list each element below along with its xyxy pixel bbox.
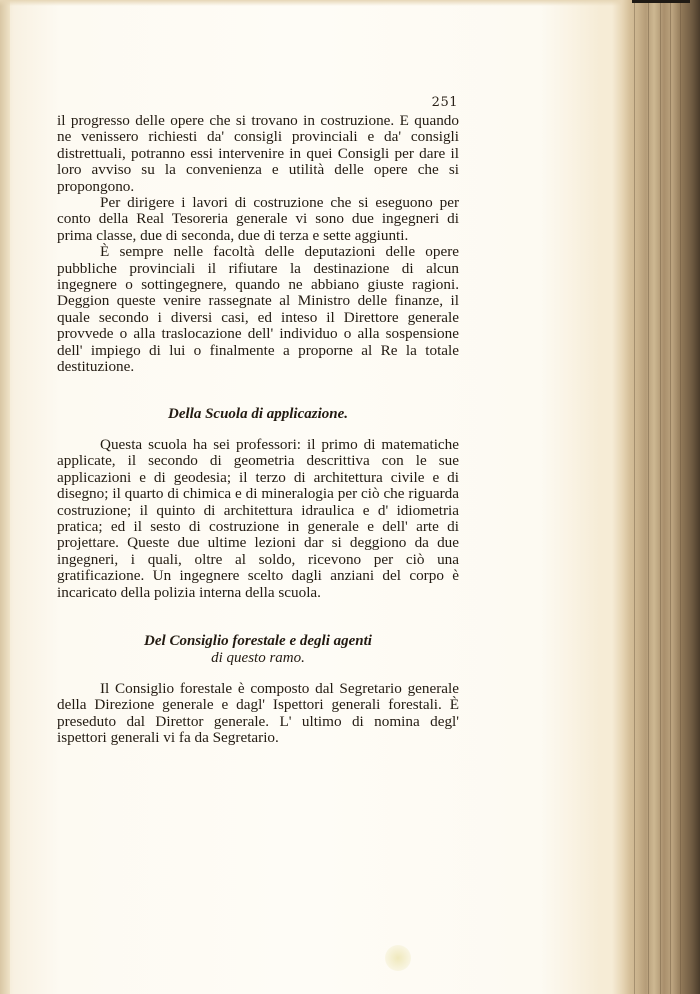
paragraph-engineers-treasury: Per dirigere i lavori di costruzione che… bbox=[57, 195, 459, 244]
paragraph-deputations: È sempre nelle facoltà delle deputazioni… bbox=[57, 244, 459, 375]
body-text-consiglio: Il Consiglio forestale è composto dal Se… bbox=[57, 681, 459, 747]
body-text-scuola: Questa scuola ha sei professori: il prim… bbox=[57, 437, 459, 601]
paper-stain bbox=[385, 945, 411, 971]
scan-border-mark bbox=[632, 0, 690, 3]
page-number: 251 bbox=[425, 95, 458, 110]
section-heading-consiglio-forestale: Del Consiglio forestale e degli agenti d… bbox=[57, 633, 459, 667]
paragraph-scuola: Questa scuola ha sei professori: il prim… bbox=[57, 437, 459, 601]
scanned-book-page: 251 il progresso delle opere che si trov… bbox=[0, 0, 700, 994]
continuation-paragraph: il progresso delle opere che si trovano … bbox=[57, 113, 459, 195]
top-page-edge bbox=[0, 0, 700, 6]
right-page-stack-edge bbox=[612, 0, 700, 994]
body-text-top: il progresso delle opere che si trovano … bbox=[57, 113, 459, 376]
left-page-edge bbox=[0, 0, 10, 994]
section-heading-scuola: Della Scuola di applicazione. bbox=[57, 406, 459, 423]
section-heading-line-2: di questo ramo. bbox=[57, 650, 459, 667]
section-heading-line-1: Del Consiglio forestale e degli agenti bbox=[57, 633, 459, 650]
paragraph-consiglio-forestale: Il Consiglio forestale è composto dal Se… bbox=[57, 681, 459, 747]
